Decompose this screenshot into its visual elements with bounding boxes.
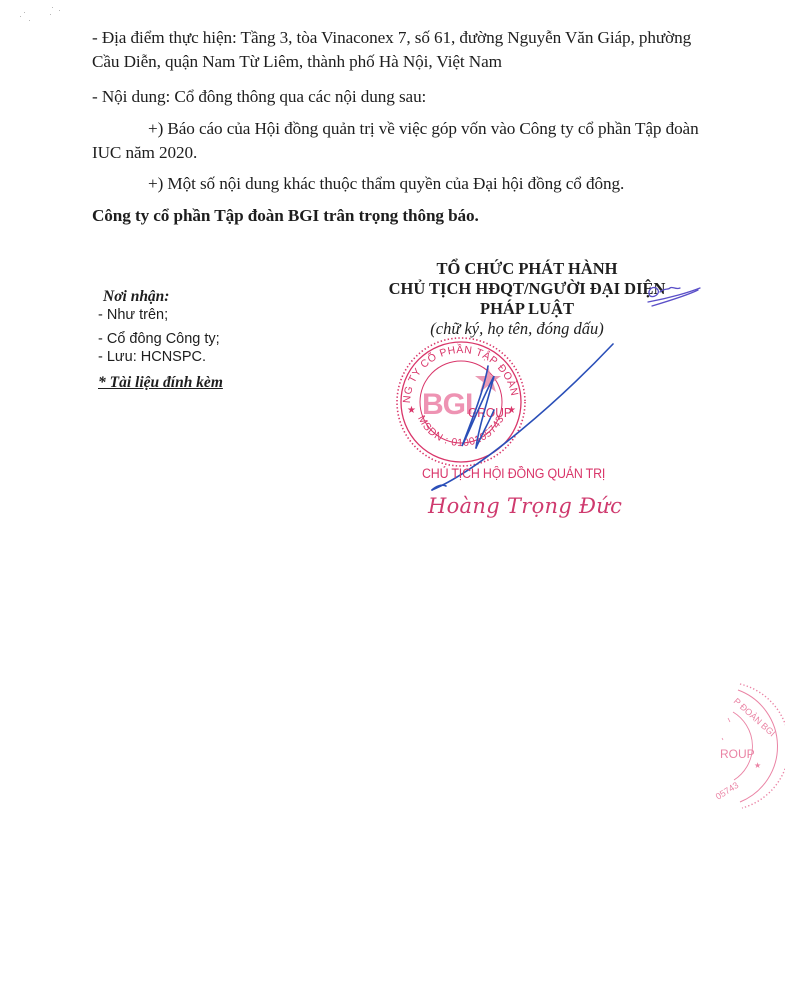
svg-text:★: ★ — [754, 761, 761, 770]
scan-specks — [14, 4, 64, 24]
signer-name: Hoàng Trọng Đức — [428, 494, 622, 518]
document-page: - Địa điểm thực hiện: Tầng 3, tòa Vinaco… — [0, 0, 785, 995]
agenda-item-1-line-2: IUC năm 2020. — [92, 142, 732, 164]
content-intro: - Nội dung: Cổ đông thông qua các nội du… — [92, 86, 732, 108]
location-line-1: - Địa điểm thực hiện: Tầng 3, tòa Vinaco… — [92, 27, 732, 49]
seal-logo-sub: GROUP — [468, 406, 512, 421]
recipients-block: Nơi nhận: - Như trên; - Cổ đông Công ty;… — [98, 288, 298, 392]
seal-star-left: ★ — [407, 405, 416, 416]
recipient-item: - Lưu: HCNSPC. — [98, 348, 298, 366]
svg-text:MSDN : 0100105743: MSDN : 0100105743 — [415, 414, 507, 450]
agenda-item-1-line-1: +) Báo cáo của Hội đồng quản trị về việc… — [148, 118, 785, 140]
recipients-title: Nơi nhận: — [103, 288, 298, 306]
location-line-2: Cầu Diễn, quận Nam Từ Liêm, thành phố Hà… — [92, 51, 732, 73]
partial-seal: P ĐOÀN BGI ROUP ★ 05743 — [714, 684, 785, 808]
partial-seal-outer-text: P ĐOÀN BGI — [732, 696, 778, 738]
partial-seal-tax-code: 05743 — [714, 780, 741, 802]
signature-heading-line-3: PHÁP LUẬT — [352, 298, 702, 319]
agenda-item-2: +) Một số nội dung khác thuộc thẩm quyền… — [148, 173, 785, 195]
signature-heading-line-2: CHỦ TỊCH HĐQT/NGƯỜI ĐẠI DIỆN — [352, 278, 702, 299]
recipient-item: - Cổ đông Công ty; — [98, 330, 298, 348]
seal-logo-star — [475, 366, 501, 392]
signature-heading-line-1: TỔ CHỨC PHÁT HÀNH — [352, 258, 702, 279]
seal-tax-code: MSDN : 0100105743 — [415, 414, 507, 450]
attachment-note: * Tài liệu đính kèm — [98, 374, 298, 392]
seal-logo-text: BGI — [422, 388, 472, 421]
recipient-item: - Như trên; — [98, 306, 298, 324]
seal-star-right: ★ — [507, 405, 516, 416]
closing-statement: Công ty cổ phần Tập đoàn BGI trân trọng … — [92, 205, 732, 227]
signature-note: (chữ ký, họ tên, đóng dấu) — [352, 318, 682, 339]
partial-seal-logo-sub: ROUP — [720, 747, 755, 761]
signer-title: CHỦ TỊCH HỘI ĐỒNG QUẢN TRỊ — [422, 466, 605, 481]
